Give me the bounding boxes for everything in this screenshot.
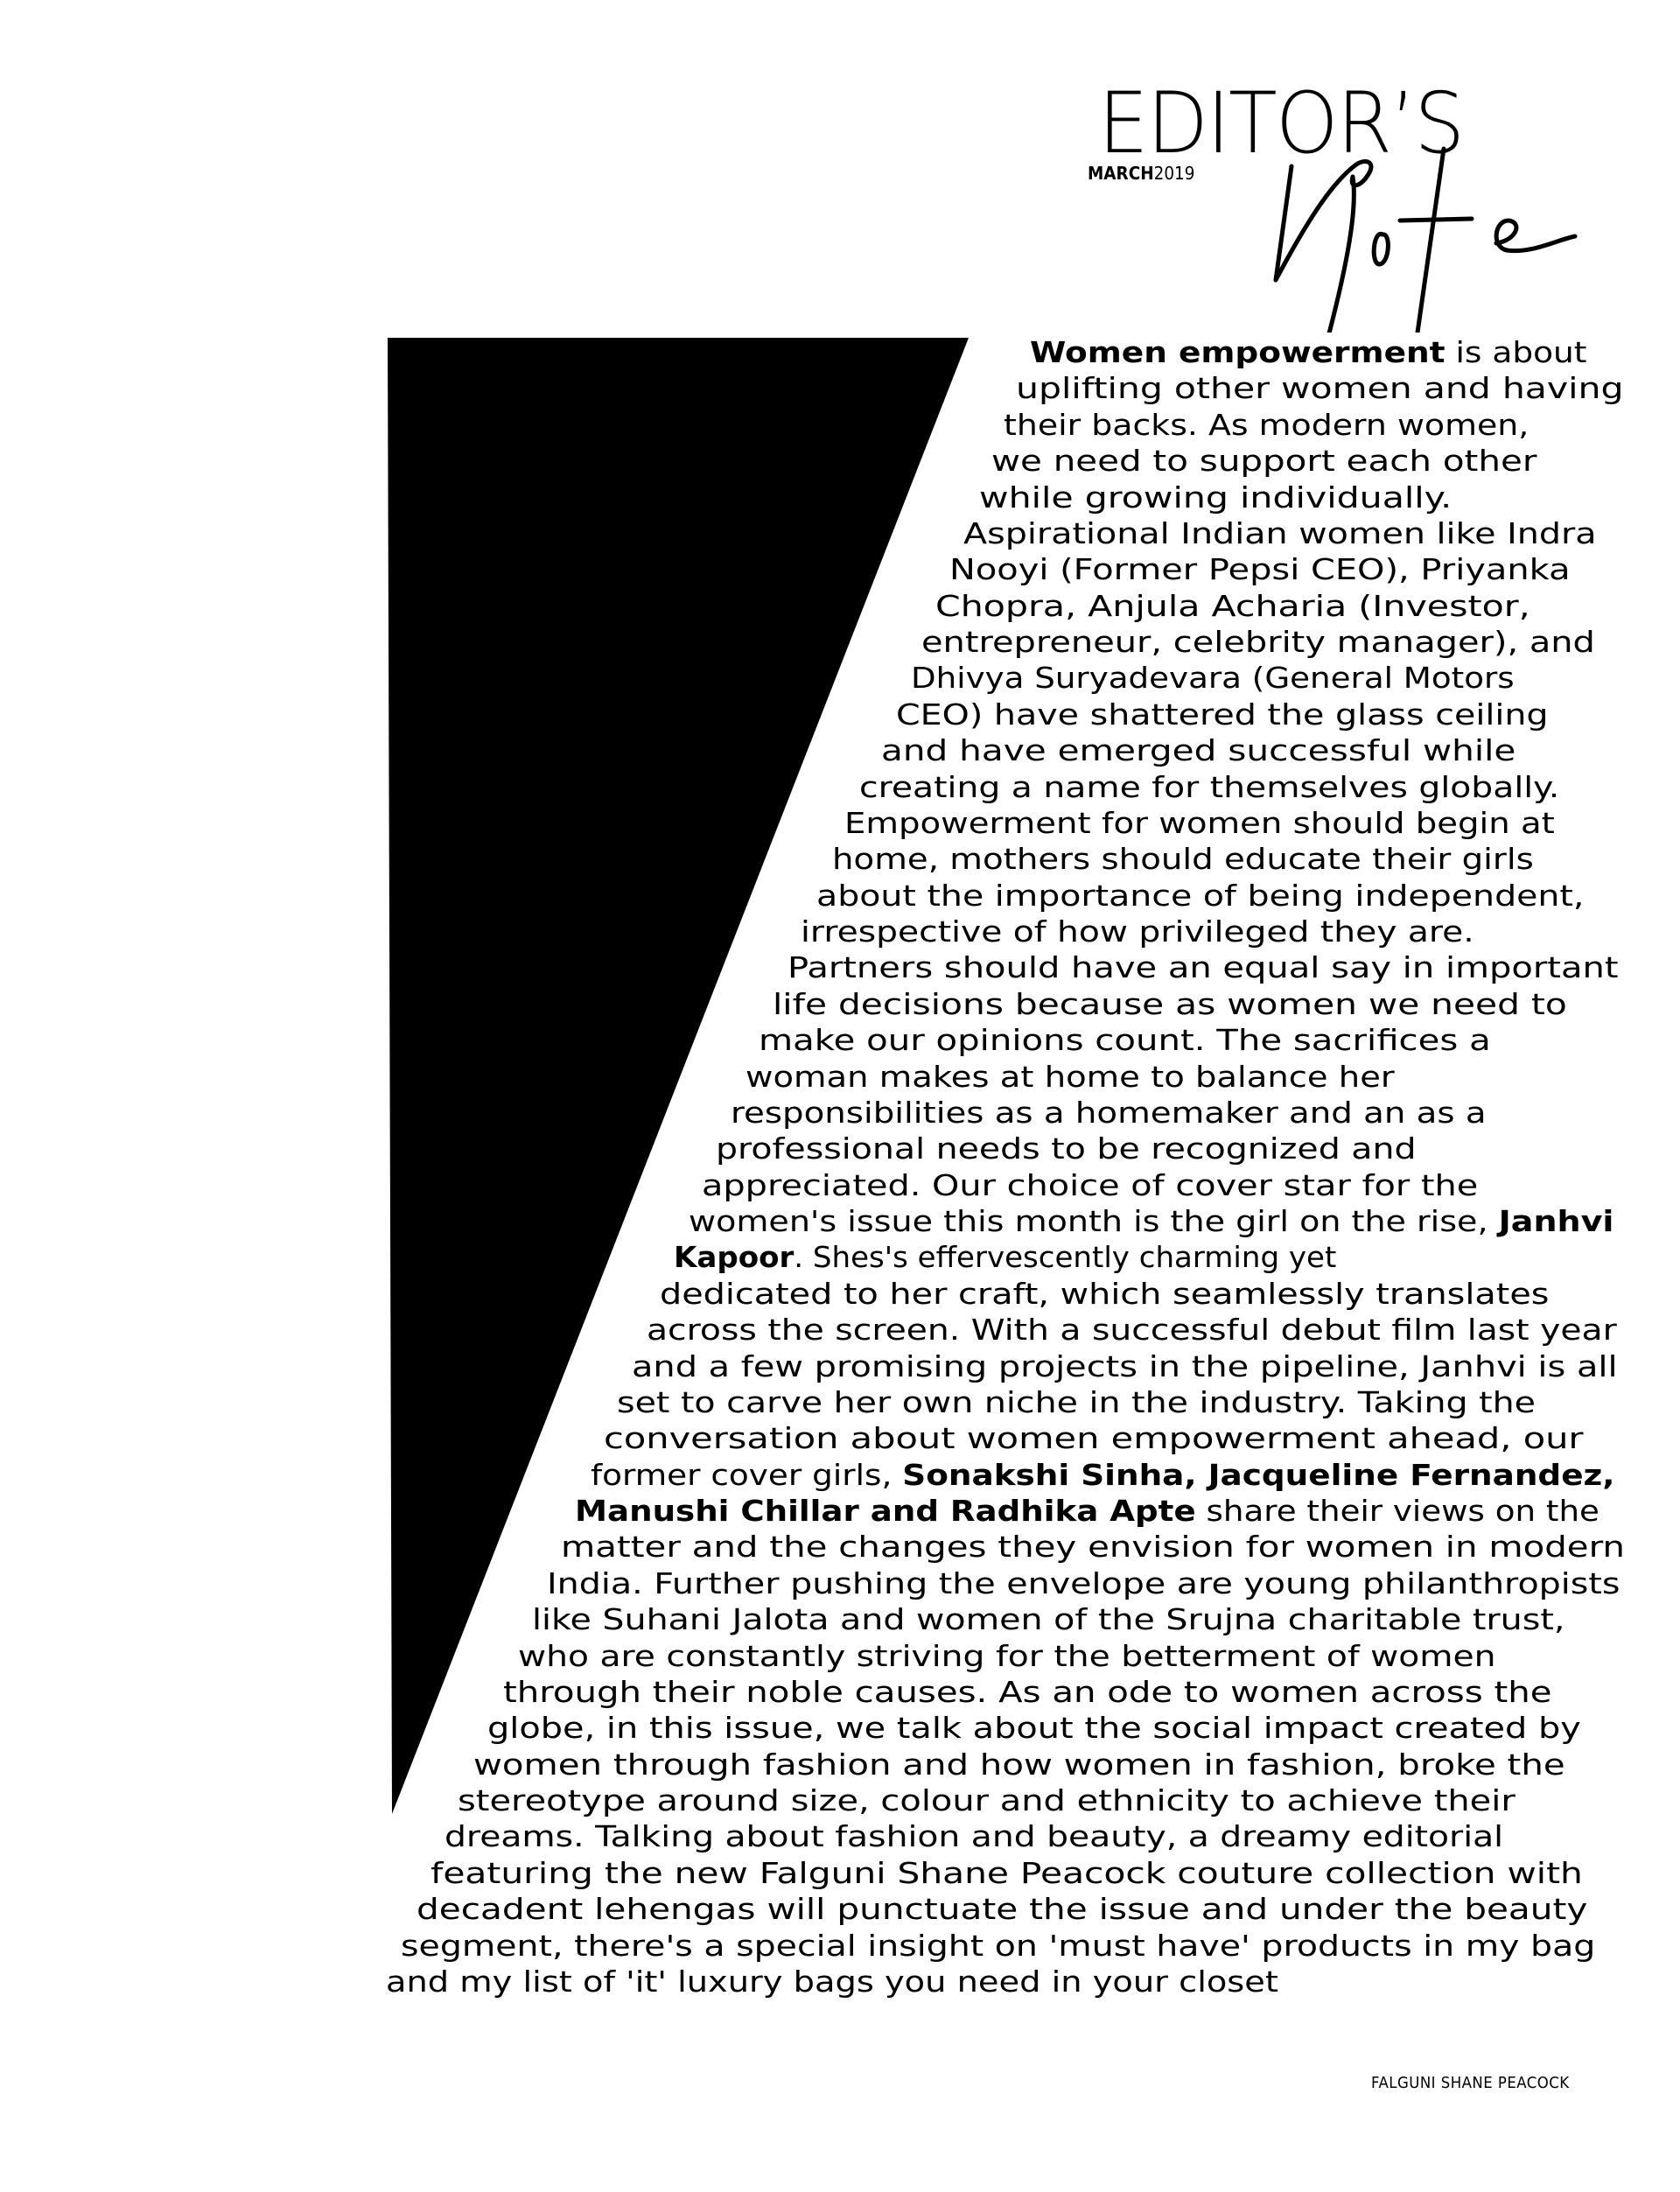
script-note-wordmark — [1269, 131, 1636, 333]
body-text-segment: entrepreneur, celebrity manager), and — [921, 625, 1595, 659]
body-text-segment: make our opinions count. The sacrifices … — [759, 1023, 1491, 1057]
body-text-line: while growing individually. — [979, 483, 1452, 513]
body-text-line: Manushi Chillar and Radhika Apte share t… — [575, 1496, 1599, 1526]
body-text-line: Nooyi (Former Pepsi CEO), Priyanka — [949, 555, 1571, 585]
editor-signature: FALGUNI SHANE PEACOCK — [1371, 2075, 1570, 2092]
bold-emphasis-text: Women empowerment — [1030, 335, 1445, 369]
body-text-segment: Nooyi (Former Pepsi CEO), Priyanka — [949, 552, 1571, 586]
body-text-line: Chopra, Anjula Acharia (Investor, — [935, 592, 1530, 621]
body-text-segment: stereotype around size, colour and ethni… — [458, 1783, 1515, 1817]
body-text-segment: we need to support each other — [991, 444, 1536, 478]
bold-emphasis-text: Kapoor — [674, 1240, 794, 1274]
body-text-line: globe, in this issue, we talk about the … — [487, 1713, 1581, 1743]
body-text-segment: and my list of 'it' luxury bags you need… — [386, 1964, 1278, 1999]
body-text-segment: is about — [1445, 335, 1587, 369]
body-text-segment: featuring the new Falguni Shane Peacock … — [430, 1856, 1583, 1890]
body-text-segment: uplifting other women and having — [1016, 371, 1624, 405]
body-text-line: irrespective of how privileged they are. — [801, 917, 1474, 947]
body-text-line: we need to support each other — [991, 446, 1536, 476]
issue-month: MARCH — [1088, 163, 1154, 184]
body-text-segment: . Shes's effervescently charming yet — [794, 1240, 1336, 1274]
body-text-segment: dreams. Talking about fashion and beauty… — [444, 1819, 1503, 1853]
body-text-segment: Chopra, Anjula Acharia (Investor, — [935, 589, 1530, 623]
body-text-segment: Aspirational Indian women like Indra — [963, 516, 1597, 550]
body-text-segment: conversation about women empowerment ahe… — [604, 1421, 1584, 1455]
body-text-segment: creating a name for themselves globally. — [859, 770, 1559, 804]
body-text-segment: Partners should have an equal say in imp… — [787, 950, 1618, 984]
body-text-line: Aspirational Indian women like Indra — [963, 519, 1597, 549]
body-text-line: entrepreneur, celebrity manager), and — [921, 627, 1595, 657]
body-text-line: like Suhani Jalota and women of the Sruj… — [532, 1605, 1564, 1635]
body-text-line: CEO) have shattered the glass ceiling — [896, 700, 1549, 730]
body-text-line: and have emerged successful while — [881, 736, 1515, 766]
body-text-segment: former cover girls, — [591, 1458, 902, 1492]
body-text-line: women's issue this month is the girl on … — [689, 1207, 1613, 1236]
body-text-segment: like Suhani Jalota and women of the Sruj… — [532, 1602, 1564, 1636]
body-text-line: matter and the changes they envision for… — [561, 1532, 1625, 1562]
body-text-line: stereotype around size, colour and ethni… — [458, 1786, 1515, 1816]
body-text-line: make our opinions count. The sacrifices … — [759, 1026, 1491, 1055]
body-text-line: responsibilities as a homemaker and an a… — [731, 1098, 1487, 1128]
body-text-line: Dhivya Suryadevara (General Motors — [911, 663, 1515, 693]
body-text-segment: appreciated. Our choice of cover star fo… — [702, 1168, 1478, 1202]
body-text-line: life decisions because as women we need … — [773, 990, 1567, 1019]
body-text-segment: about the importance of being independen… — [816, 879, 1584, 913]
body-text-segment: CEO) have shattered the glass ceiling — [896, 697, 1549, 732]
body-text-segment: globe, in this issue, we talk about the … — [487, 1711, 1581, 1745]
body-text-segment: responsibilities as a homemaker and an a… — [731, 1096, 1487, 1130]
body-text-line: appreciated. Our choice of cover star fo… — [702, 1171, 1478, 1201]
body-text-line: through their noble causes. As an ode to… — [503, 1677, 1551, 1707]
body-text-line: across the screen. With a successful deb… — [647, 1315, 1617, 1345]
body-text-segment: women's issue this month is the girl on … — [689, 1204, 1499, 1238]
body-text-segment: decadent lehengas will punctuate the iss… — [416, 1892, 1587, 1926]
body-text-segment: set to carve her own niche in the indust… — [617, 1385, 1536, 1419]
body-text-segment: irrespective of how privileged they are. — [801, 914, 1474, 949]
body-text-segment: life decisions because as women we need … — [773, 987, 1567, 1021]
body-text-line: Kapoor. Shes's effervescently charming y… — [674, 1243, 1336, 1272]
body-text-line: woman makes at home to balance her — [745, 1062, 1395, 1092]
body-text-line: and my list of 'it' luxury bags you need… — [386, 1967, 1278, 1997]
body-text-segment: matter and the changes they envision for… — [561, 1530, 1625, 1564]
body-text-segment: through their noble causes. As an ode to… — [503, 1675, 1551, 1709]
editors-note-page: EDITOR’S MARCH2019 Women empowerment is … — [0, 0, 1680, 2192]
bold-emphasis-text: Sonakshi Sinha, Jacqueline Fernandez, — [902, 1458, 1614, 1492]
body-text-line: former cover girls, Sonakshi Sinha, Jacq… — [591, 1460, 1615, 1490]
body-text-line: who are constantly striving for the bett… — [518, 1642, 1496, 1671]
body-text-segment: across the screen. With a successful deb… — [647, 1313, 1617, 1347]
body-text-line: set to carve her own niche in the indust… — [617, 1388, 1536, 1418]
body-text-line: Women empowerment is about — [1030, 338, 1587, 368]
body-text-line: uplifting other women and having — [1016, 374, 1624, 403]
body-text-segment: woman makes at home to balance her — [745, 1060, 1395, 1094]
body-text-segment: share their views on the — [1196, 1494, 1599, 1528]
bold-emphasis-text: Manushi Chillar and Radhika Apte — [575, 1494, 1196, 1528]
body-text-line: dreams. Talking about fashion and beauty… — [444, 1822, 1503, 1852]
body-text-segment: India. Further pushing the envelope are … — [547, 1566, 1620, 1600]
body-text-segment: who are constantly striving for the bett… — [518, 1639, 1496, 1673]
body-text-segment: professional needs to be recognized and — [716, 1131, 1417, 1166]
body-text-segment: women through fashion and how women in f… — [473, 1747, 1565, 1782]
body-text-segment: and a few promising projects in the pipe… — [632, 1349, 1618, 1383]
body-text-line: about the importance of being independen… — [816, 881, 1584, 911]
body-text-segment: home, mothers should educate their girls — [832, 842, 1534, 876]
bold-emphasis-text: Janhvi — [1499, 1204, 1614, 1238]
body-text-segment: their backs. As modern women, — [1004, 408, 1529, 442]
body-text-line: dedicated to her craft, which seamlessly… — [660, 1279, 1549, 1309]
body-text-segment: while growing individually. — [979, 480, 1452, 515]
body-text-line: women through fashion and how women in f… — [473, 1750, 1565, 1780]
issue-date: MARCH2019 — [1088, 164, 1194, 183]
issue-year: 2019 — [1154, 163, 1195, 184]
body-text-line: segment, there's a special insight on 'm… — [401, 1931, 1595, 1961]
body-text-line: and a few promising projects in the pipe… — [632, 1352, 1618, 1382]
body-text-segment: segment, there's a special insight on 'm… — [401, 1929, 1595, 1963]
body-text-line: India. Further pushing the envelope are … — [547, 1569, 1620, 1599]
body-text-line: featuring the new Falguni Shane Peacock … — [430, 1859, 1583, 1888]
body-text-line: decadent lehengas will punctuate the iss… — [416, 1894, 1587, 1924]
body-text-line: home, mothers should educate their girls — [832, 844, 1534, 874]
body-text-segment: dedicated to her craft, which seamlessly… — [660, 1277, 1549, 1311]
body-text-line: Empowerment for women should begin at — [844, 809, 1555, 838]
body-text-line: creating a name for themselves globally. — [859, 773, 1559, 802]
body-text-segment: Dhivya Suryadevara (General Motors — [911, 661, 1515, 695]
body-text-line: conversation about women empowerment ahe… — [604, 1424, 1584, 1453]
body-text-line: professional needs to be recognized and — [716, 1134, 1417, 1164]
body-text-line: their backs. As modern women, — [1004, 410, 1529, 440]
body-text-segment: and have emerged successful while — [881, 733, 1515, 767]
body-text-segment: Empowerment for women should begin at — [844, 806, 1555, 840]
body-text-line: Partners should have an equal say in imp… — [787, 953, 1618, 983]
